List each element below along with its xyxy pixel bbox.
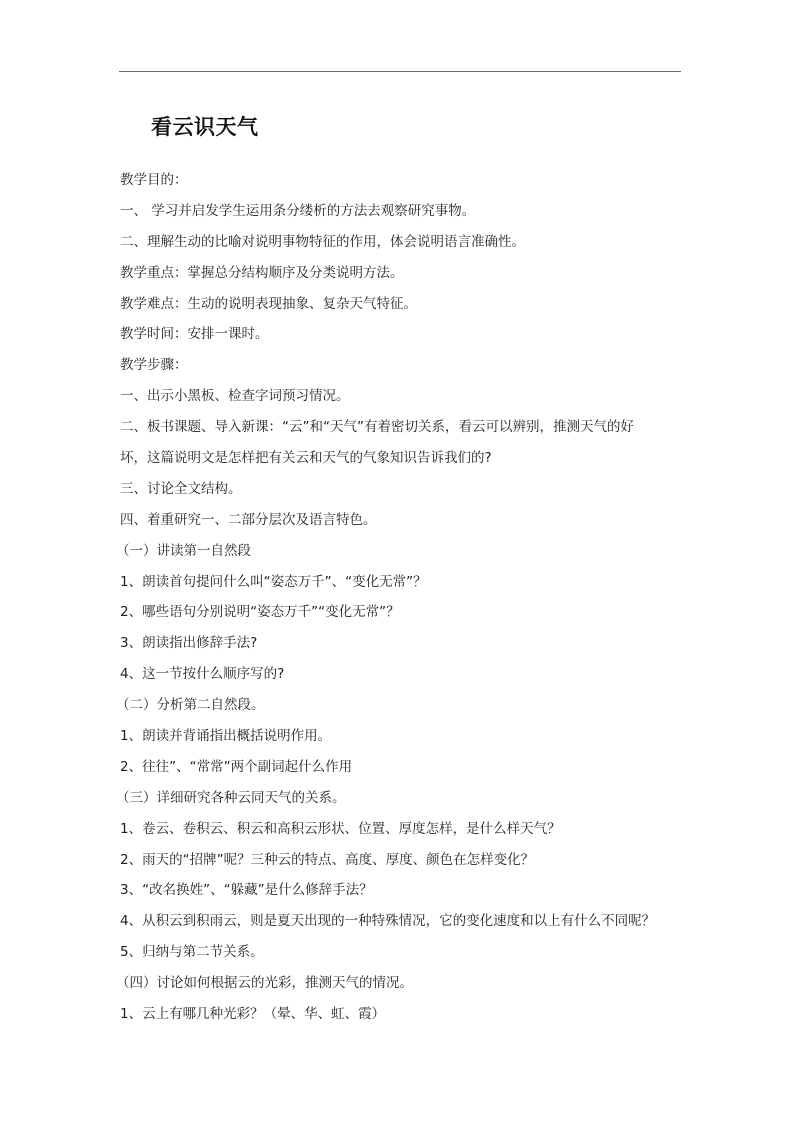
document-title: 看云识天气 (151, 113, 259, 141)
objective-item-2: 二、理解生动的比喻对说明事物特征的作用，体会说明语言准确性。 (120, 227, 682, 258)
subsection-1-question-4: 4、这一节按什么顺序写的? (120, 659, 682, 690)
step-item-3: 三、讨论全文结构。 (120, 474, 682, 505)
subsection-1-question-1: 1、朗读首句提问什么叫“姿态万千”、“变化无常”？ (120, 567, 682, 598)
subsection-2-question-1: 1、朗读并背诵指出概括说明作用。 (120, 721, 682, 752)
header-rule (119, 71, 681, 72)
subsection-3-heading: （三）详细研究各种云同天气的关系。 (120, 783, 682, 814)
document-body: 教学目的： 一、 学习并启发学生运用条分缕析的方法去观察研究事物。 二、理解生动… (120, 165, 682, 1030)
step-item-4: 四、着重研究一、二部分层次及语言特色。 (120, 505, 682, 536)
subsection-2-question-2: 2、往往”、“常常”两个副词起什么作用 (120, 752, 682, 783)
subsection-1-question-3: 3、朗读指出修辞手法? (120, 628, 682, 659)
subsection-2-heading: （二）分析第二自然段。 (120, 690, 682, 721)
subsection-3-question-1: 1、卷云、卷积云、积云和高积云形状、位置、厚度怎样，是什么样天气？ (120, 814, 682, 845)
subsection-3-question-2: 2、雨天的“招牌”呢？三种云的特点、高度、厚度、颜色在怎样变化？ (120, 845, 682, 876)
step-item-2-continuation: 坏，这篇说明文是怎样把有关云和天气的气象知识告诉我们的? (120, 443, 682, 474)
objective-item-1: 一、 学习并启发学生运用条分缕析的方法去观察研究事物。 (120, 196, 682, 227)
subsection-3-question-3: 3、“改名换姓”、“躲藏”是什么修辞手法？ (120, 875, 682, 906)
step-item-2: 二、板书课题、导入新课：“云”和“天气”有着密切关系，看云可以辨别，推测天气的好 (120, 412, 682, 443)
section-heading-steps: 教学步骤： (120, 350, 682, 381)
subsection-1-question-2: 2、哪些语句分别说明“姿态万千”“变化无常”？ (120, 597, 682, 628)
subsection-1-heading: （一）讲读第一自然段 (120, 536, 682, 567)
teaching-difficulty: 教学难点：生动的说明表现抽象、复杂天气特征。 (120, 289, 682, 320)
teaching-focus: 教学重点：掌握总分结构顺序及分类说明方法。 (120, 258, 682, 289)
subsection-3-question-4: 4、从积云到积雨云，则是夏天出现的一种特殊情况，它的变化速度和以上有什么不同呢？ (120, 906, 682, 937)
subsection-4-heading: （四）讨论如何根据云的光彩，推测天气的情况。 (120, 968, 682, 999)
subsection-4-question-1: 1、云上有哪几种光彩？（晕、华、虹、霞） (120, 999, 682, 1030)
teaching-time: 教学时间：安排一课时。 (120, 319, 682, 350)
subsection-3-question-5: 5、归纳与第二节关系。 (120, 937, 682, 968)
section-heading-objectives: 教学目的： (120, 165, 682, 196)
step-item-1: 一、出示小黑板、检查字词预习情况。 (120, 381, 682, 412)
